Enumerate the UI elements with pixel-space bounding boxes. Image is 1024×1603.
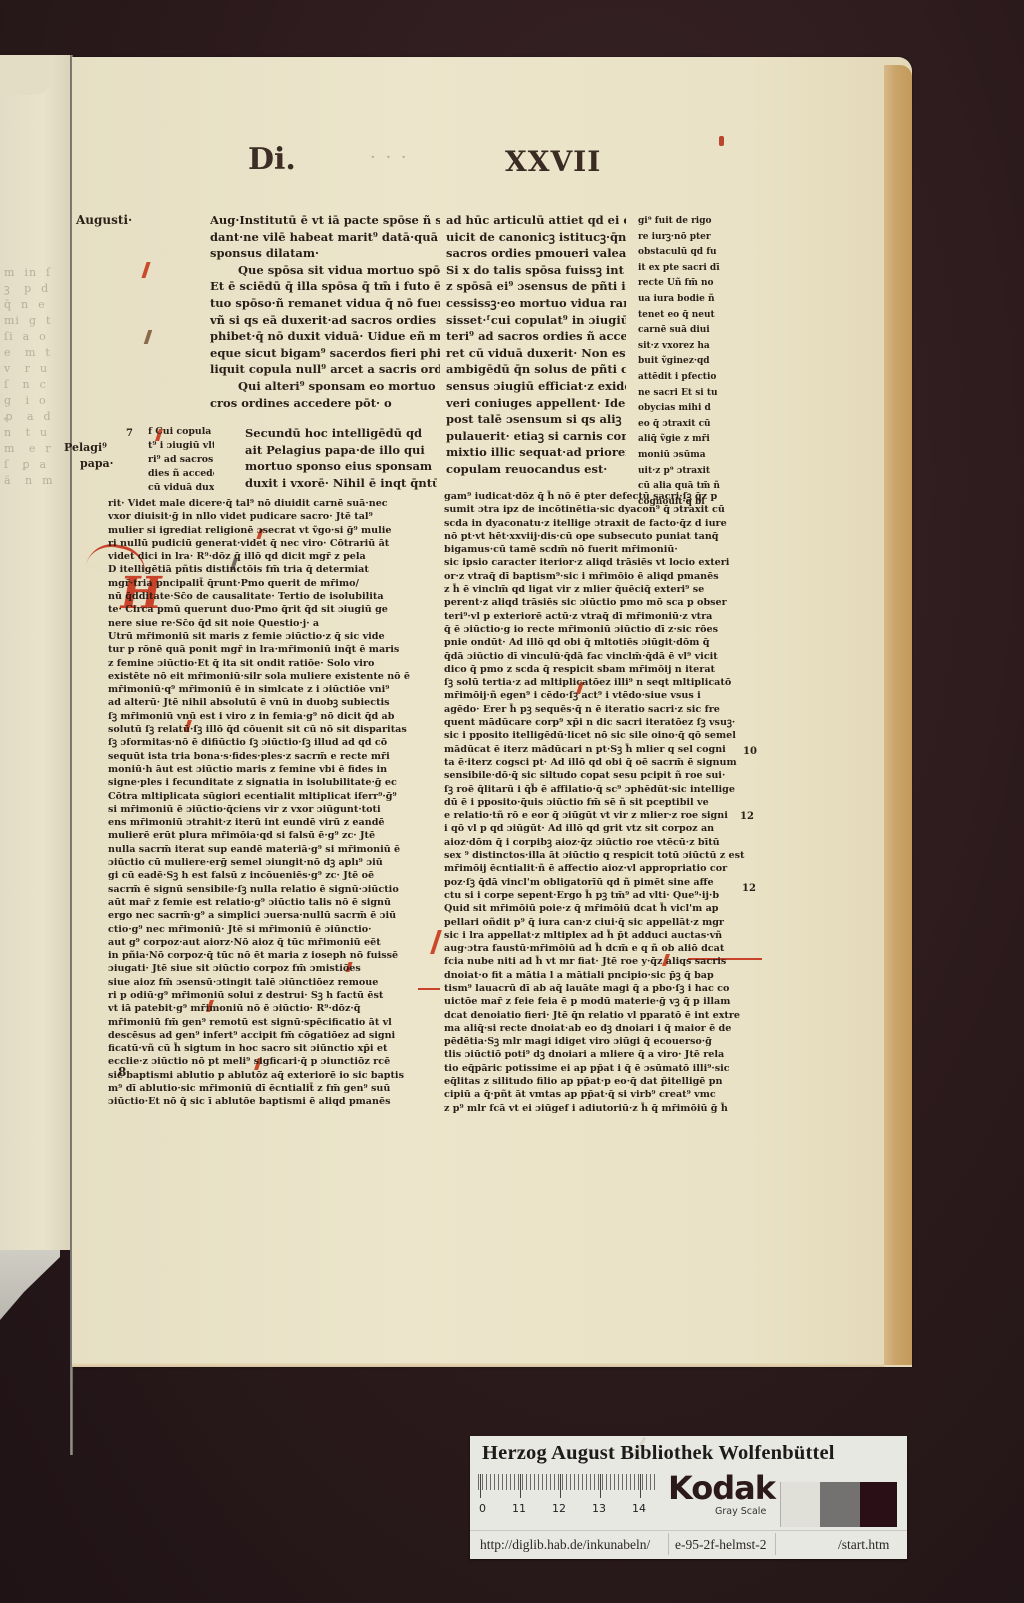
text-line: sumit ɔtra ipz de incōtinētia·sic dyacon… bbox=[444, 503, 749, 516]
right-gloss-text: gi⁹ fuit de rigore iurꝫ·nō pterobstaculū… bbox=[638, 214, 740, 510]
text-line: or·z vtraq̄ dī baptism⁹·sic i mr̄imōio ē… bbox=[444, 570, 749, 583]
text-line: liquit copula null⁹ arcet a sacris ordin… bbox=[210, 361, 440, 378]
color-target-card: Herzog August Bibliothek Wolfenbüttel 0 … bbox=[470, 1436, 907, 1559]
text-line: perent·z aliqd trāsiēs sic ɔiūctio pmo m… bbox=[444, 596, 749, 609]
text-line: aug·ɔtra faustū·mr̄imōiū ad h̄ dcm̄ e q … bbox=[444, 942, 749, 955]
text-line: descēsus ad gen⁹ infert⁹ accipit fm̄ cōg… bbox=[108, 1029, 438, 1042]
text-line: obycias mihi d bbox=[638, 401, 740, 417]
measurement-ruler bbox=[478, 1474, 656, 1501]
text-line: Qui alteri⁹ sponsam eo mortuo ducit ad s… bbox=[210, 378, 440, 395]
gray-scale-label: Gray Scale bbox=[715, 1506, 766, 1517]
text-line: z p⁹ mlr fcā vt ei ɔiūgef i adiutoriū·z … bbox=[444, 1102, 749, 1115]
text-line: Aug·Institutū ē vt iā pacte spōse ñ stat… bbox=[210, 212, 440, 229]
text-line: mr̄imōij ēcntialit·ñ ē affectio aioz·vl … bbox=[444, 862, 749, 875]
text-line: it ex pte sacri dī bbox=[638, 261, 740, 277]
text-line: pellari oñdit p⁹ q̄ iura can·z ciui·q̄ s… bbox=[444, 916, 749, 929]
text-line: si mr̄imoniū ē ɔiūctio·q̄ciens vir z vxo… bbox=[108, 803, 438, 816]
text-line: nō pt·vt hēt·xxviij·dis·cū ope subsecuto… bbox=[444, 530, 749, 543]
text-line: gi⁹ fuit de rigo bbox=[638, 214, 740, 230]
text-line: vxor diuisit·ḡ in nllo videt pudicare sa… bbox=[108, 510, 438, 523]
text-line: sex ⁹ distinctos·illa āt ɔiūctio q respi… bbox=[444, 849, 749, 862]
rubric-mark bbox=[719, 136, 724, 146]
text-line: obstaculū qd fu bbox=[638, 245, 740, 261]
text-line: tlis ɔiūctiō poti⁹ dꝫ dnoiari a mliere q… bbox=[444, 1048, 749, 1061]
text-line: ne sacri Et si tu bbox=[638, 386, 740, 402]
text-line: ſꝫ ɔformitas·nō ē difiūctio ſꝫ ɔiūctio·ſ… bbox=[108, 736, 438, 749]
text-line: mulierē erūt plura mr̄imōia·qd si falsū … bbox=[108, 829, 438, 842]
text-line: ctio·g⁹ nec mr̄imoniū· Jtē si mr̄imoniū … bbox=[108, 923, 438, 936]
text-line: sequūt ista tria bona·s·fides·ples·z sac… bbox=[108, 750, 438, 763]
text-line: teri⁹·vl p exteriorē actū·z vtraq̄ dī mr… bbox=[444, 610, 749, 623]
pelagius-passage: Secundū hoc intelligēdū qd ait Pelagius … bbox=[245, 425, 437, 491]
text-line: ɔiūctio·Et nō q̄ sic ī ablutōe baptismi … bbox=[108, 1095, 438, 1108]
text-line: Que spōsa sit vidua mortuo spōso·z q̄ ñ·… bbox=[210, 262, 440, 279]
marginal-note-augusti: Augusti· bbox=[76, 213, 132, 227]
text-line: dant·ne vilē habeat marit⁹ datā·quā susp… bbox=[210, 229, 440, 246]
text-line: vt iā patebit·g⁹ mr̄imoniū nō ē ɔiūctio·… bbox=[108, 1002, 438, 1015]
text-line: f Cui copula bbox=[148, 425, 214, 439]
text-line: mixtio illic sequat·ad priorem bbox=[446, 444, 626, 461]
text-line: aut g⁹ corpoz·aut aiorz·Nō aioz q̄ tūc m… bbox=[108, 936, 438, 949]
text-line: gam⁹ iudicat·dōz q̄ h̄ nō ē pter defectū… bbox=[444, 490, 749, 503]
text-line: quent mādūcare corp⁹ xp̄i n dic sacri it… bbox=[444, 716, 749, 729]
text-line: z spōsā ei⁹ ɔsensus de pñti iter bbox=[446, 278, 626, 295]
text-line: tism⁹ lauacrū dī ab aq̄ lauāte magi q̄ a… bbox=[444, 982, 749, 995]
text-line: mulier si igrediat religionē ɔsecrat vt … bbox=[108, 524, 438, 537]
gray-patch-mid bbox=[820, 1482, 860, 1527]
text-line: recte Uñ fm̄ no bbox=[638, 276, 740, 292]
running-head-left: Di. bbox=[248, 142, 296, 177]
text-line: D itelligētiā pñtis distinctōis fm̄ tria… bbox=[108, 563, 438, 576]
ruler-tick bbox=[520, 1474, 521, 1498]
text-line: sacrm̄ ē signū sensibile·ſꝫ nulla relati… bbox=[108, 883, 438, 896]
text-line: rit· Videt male dicere·q̄ tal⁹ nō diuidi… bbox=[108, 497, 438, 510]
text-line: ad alterū· Jtē nihil absolutū ē vnū in d… bbox=[108, 696, 438, 709]
text-line: sisset·ᶠcui copulat⁹ in ɔiugiū vl f bbox=[446, 312, 626, 329]
text-line: moniū ɔsūma bbox=[638, 448, 740, 464]
text-line: ri p odiū·g⁹ mr̄imoniū solui z destrui· … bbox=[108, 989, 438, 1002]
text-line: mr̄imōij·ñ egen⁹ i cēdo·ſꝫ act⁹ i vtēdo·… bbox=[444, 689, 749, 702]
text-line: in pñia·Nō corpoz·q̄ tūc nō ēt maria z i… bbox=[108, 949, 438, 962]
text-line: tio eq̄pāric potissime ei ap pp̄at i q̄ … bbox=[444, 1062, 749, 1075]
divider bbox=[775, 1533, 776, 1555]
right-column-text: ad hūc articulū attiet qd ei ob uicit de… bbox=[446, 212, 626, 478]
text-line: copulam reuocandus est· bbox=[446, 461, 626, 478]
text-line: ergo nec sacrm̄·g⁹ a simplici ɔuersa·nul… bbox=[108, 909, 438, 922]
text-line: tuo spōso·ñ remanet vidua q̄ nō fuerat v… bbox=[210, 295, 440, 312]
text-line: sic i pposito itelligēdū·licet nō sic si… bbox=[444, 729, 749, 742]
text-line: sensibile·dō·q̄ sic siltudo copat sesu p… bbox=[444, 769, 749, 782]
text-line: nū q̄dditate·Sc̄o de causalitate· Tertio… bbox=[108, 590, 438, 603]
text-line: post talē ɔsensum si qs aliꝫ se co bbox=[446, 411, 626, 428]
text-line: uit·z p⁹ ɔtraxit bbox=[638, 464, 740, 480]
institution-name: Herzog August Bibliothek Wolfenbüttel bbox=[482, 1442, 835, 1465]
text-line: ait Pelagius papa·de illo qui bbox=[245, 442, 437, 459]
text-line: aioz·dōm q̄ i corpibꝫ aioz·q̄z ɔiūctio r… bbox=[444, 836, 749, 849]
text-line: te· Circa pmū querunt duo·Pmo q̄rit q̄d … bbox=[108, 603, 438, 616]
text-line: ua iura bodie ñ bbox=[638, 292, 740, 308]
text-line: dcat denoiatio fieri· Jtē q̄n relatio vl… bbox=[444, 1009, 749, 1022]
text-line: cros ordines accedere pōt· o bbox=[210, 395, 440, 412]
text-line: aliq̄ ṽgie z mr̄i bbox=[638, 432, 740, 448]
gray-patch-white bbox=[780, 1482, 821, 1527]
url-prefix: http://diglib.hab.de/inkunabeln/ bbox=[480, 1537, 650, 1553]
text-line: cū viduā duxe/ bbox=[148, 481, 214, 495]
left-commentary-text: rit· Videt male dicere·q̄ tal⁹ nō diuidi… bbox=[108, 497, 438, 1109]
text-line: Quid sit mr̄imōiū poie·z q̄ mr̄imōiū dca… bbox=[444, 902, 749, 915]
text-line: m⁹ dī ablutio·sic mr̄imoniū dī ēcntialit… bbox=[108, 1082, 438, 1095]
page-fore-edge bbox=[884, 65, 912, 1365]
text-line: sic baptismi ablutio p ablutōz aq̄ exter… bbox=[108, 1069, 438, 1082]
text-line: ecclie·z ɔiūctio nō pt meli⁹ sigficari·q… bbox=[108, 1055, 438, 1068]
text-line: duxit i vxorē· Nihil ē inqt q̄ntū bbox=[245, 475, 437, 492]
text-line: videt dici in lra· R⁹·dōz q̄ illō qd dic… bbox=[108, 550, 438, 563]
text-line: mgr̄·tria pncipalit̄ q̄runt·Pmo querit d… bbox=[108, 577, 438, 590]
text-line: siue aioz fm̄ ɔsensū·ɔtingit talē ɔiūnct… bbox=[108, 976, 438, 989]
ruler-label: 14 bbox=[632, 1502, 646, 1515]
text-line: ad hūc articulū attiet qd ei ob bbox=[446, 212, 626, 229]
text-line: ret cū viduā duxerit· Non est ḡ bbox=[446, 345, 626, 362]
text-line: dnoiat·o fit a mātia l a mātiali pncipio… bbox=[444, 969, 749, 982]
text-line: sic i lra appellat·z mltiplex ad h̄ p̄t … bbox=[444, 929, 749, 942]
text-line: ma aliq̄·si recte dnoiat·ab eo dꝫ dnoiar… bbox=[444, 1022, 749, 1035]
text-line: ri nullū pudiciū generat·videt q̄ nec vi… bbox=[108, 537, 438, 550]
text-line: mr̄imoniū·q⁹ mr̄imoniū ē in simlcate z i… bbox=[108, 683, 438, 696]
target-footer: http://diglib.hab.de/inkunabeln/ e-95-2f… bbox=[470, 1530, 907, 1560]
text-line: sacros ordies pmoueri valeat bbox=[446, 245, 626, 262]
text-line: poz·ſꝫ q̄dā vincl'm obligatorīū qd ñ pim… bbox=[444, 876, 749, 889]
text-line: buit ṽginez·qd bbox=[638, 354, 740, 370]
text-line: agēdo· Erer h̄ pꝫ sequēs·q̄ n ē iteratio… bbox=[444, 703, 749, 716]
text-line: mādūcat ē iterz mādūcari n pt·Sꝫ h̄ mlie… bbox=[444, 743, 749, 756]
ruler-label: 12 bbox=[552, 1502, 566, 1515]
text-line: teri⁹ ad sacros ordies ñ accede bbox=[446, 328, 626, 345]
text-line: moniū·h āut est ɔiūctio maris z femine v… bbox=[108, 763, 438, 776]
text-line: scda in dyaconatu·z itellige ɔtraxit de … bbox=[444, 517, 749, 530]
folio-number: XXVII bbox=[505, 145, 601, 178]
marginal-note-pelagii: Pelagi⁹ bbox=[64, 441, 107, 454]
text-line: i qō vl p qd ɔiūgūt· Ad illō qd grit vtz… bbox=[444, 822, 749, 835]
text-line: ta ē·iterz cogsci pt· Ad illō qd obi q̄ … bbox=[444, 756, 749, 769]
text-line: q̄ ē ɔiūctio·g io recte mr̄imoniū ɔiūcti… bbox=[444, 623, 749, 636]
text-line: carnē suā diui bbox=[638, 323, 740, 339]
ruler-tick bbox=[600, 1474, 601, 1498]
text-line: eo q̄ ɔtraxit cū bbox=[638, 417, 740, 433]
text-line: eque sicut bigam⁹ sacerdos fieri phibet·… bbox=[210, 345, 440, 362]
text-line: Et ē sciēdū q̄ illa spōsa q̄ tm̄ i futo … bbox=[210, 278, 440, 295]
text-line: fcia nube niti ad h̄ vt mr fiat· Jtē roe… bbox=[444, 955, 749, 968]
text-line: pulauerit· etiaꝫ si carnis com bbox=[446, 428, 626, 445]
text-line: sic ipsio caracter iterior·z aliqd trāsi… bbox=[444, 556, 749, 569]
text-line: pēdētia·Sꝫ mlr magi idiget viro ɔiūgi q̄… bbox=[444, 1035, 749, 1048]
text-line: solutū ſꝫ relatū·ſꝫ illō q̄d cōuenit sit… bbox=[108, 723, 438, 736]
text-line: dū ē i pposito·q̄uis ɔiūctio fm̄ sē ñ si… bbox=[444, 796, 749, 809]
previous-page-corner bbox=[0, 55, 52, 95]
text-line: uictōe mar̄ z feie feia ē p modū materie… bbox=[444, 995, 749, 1008]
ruler-label: 0 bbox=[479, 1502, 486, 1515]
text-line: Secundū hoc intelligēdū qd bbox=[245, 425, 437, 442]
text-line: z femine ɔiūctio·Et q̄ ita sit ondit rat… bbox=[108, 657, 438, 670]
text-line: pnie ondūt· Ad illō qd obi q̄ mltotiēs ɔ… bbox=[444, 636, 749, 649]
inner-gloss: f Cui copula t⁹ i ɔiugiū vlte/ ri⁹ ad sa… bbox=[148, 425, 214, 495]
text-line: mr̄imoniū fm̄ gen⁹ remotū est signū·spēc… bbox=[108, 1016, 438, 1029]
ruler-label: 13 bbox=[592, 1502, 606, 1515]
text-line: Cōtra mltiplicata sūgiori ecentialit mlt… bbox=[108, 790, 438, 803]
text-line: dico q̄ pmo z scda q̄ respicit sbam mr̄i… bbox=[444, 663, 749, 676]
text-line: mortuo sponso eius sponsam bbox=[245, 458, 437, 475]
text-line: Si x do talis spōsa fuissꝫ int quaz bbox=[446, 262, 626, 279]
text-line: ɔiūctio cū muliere·erḡ semel ɔiungit·nō … bbox=[108, 856, 438, 869]
marginal-note-papa: papa· bbox=[80, 457, 113, 470]
url-suffix: /start.htm bbox=[838, 1537, 889, 1553]
text-line: t⁹ i ɔiugiū vlte/ bbox=[148, 439, 214, 453]
text-line: signe·ples i fecunditate z signatia in i… bbox=[108, 776, 438, 789]
right-commentary-text: gam⁹ iudicat·dōz q̄ h̄ nō ē pter defectū… bbox=[444, 490, 749, 1115]
text-line: cipiū a q̄·pñt āt vmtas ap pp̄at·q̄ si v… bbox=[444, 1088, 749, 1101]
text-line: ri⁹ ad sacros or bbox=[148, 453, 214, 467]
text-line: bigamus·cū tamē scdm̄ nō fuerit mr̄imoni… bbox=[444, 543, 749, 556]
marginal-number-7: 7 bbox=[126, 428, 133, 439]
text-line: nulla sacrm̄ iterat sup eandē materiā·g⁹… bbox=[108, 843, 438, 856]
text-line: tenet eo q̄ neut bbox=[638, 308, 740, 324]
left-column-text: Aug·Institutū ē vt iā pacte spōse ñ stat… bbox=[210, 212, 440, 411]
text-line: z h̄ ē vinclm̄ qd ligat vir z mlier q̄uē… bbox=[444, 583, 749, 596]
text-line: tur p rōnē quā ponit mgr̄ in lra·mr̄imon… bbox=[108, 643, 438, 656]
text-line: ſꝫ solū tertia·z ad mltiplicatōez illi⁹ … bbox=[444, 676, 749, 689]
text-line: aūt mar̄ z femie est relatio·g⁹ ɔiūctio … bbox=[108, 896, 438, 909]
text-line: ambigēdū q̄n solus de pñti cō bbox=[446, 361, 626, 378]
text-line: cessissꝫ·eo mortuo vidua ramā bbox=[446, 295, 626, 312]
previous-page-sliver: m in ſ ꝫ p d q̄ n e mi g t ſi a o e m t … bbox=[0, 55, 72, 1250]
text-line: vñ si qs eā duxerit·ad sacros ordies pcē… bbox=[210, 312, 440, 329]
text-line: sensus ɔiugiū efficiat·z exide bbox=[446, 378, 626, 395]
text-line: sponsus dilatam· bbox=[210, 245, 440, 262]
gray-patch-black bbox=[860, 1482, 897, 1527]
text-line: ſꝫ mr̄imoniū vnū est i viro z in femia·g… bbox=[108, 710, 438, 723]
text-line: existēte nō eit mr̄imoniū·silr sola muli… bbox=[108, 670, 438, 683]
text-line: e relatio·tñ rō e eor q̄ ɔiūgūt vt vir z… bbox=[444, 809, 749, 822]
text-line: uicit de canonicꝫ istitucꝫ·q̄n ad bbox=[446, 229, 626, 246]
running-head-faded: · · · bbox=[370, 147, 409, 168]
text-line: eq̄litas z silitudo filio ap pp̄at·p eo·… bbox=[444, 1075, 749, 1088]
text-line: ficatū·vñ cū h̄ sigtum in hoc sacro sit … bbox=[108, 1042, 438, 1055]
previous-page-bleed-text: m in ſ ꝫ p d q̄ n e mi g t ſi a o e m t … bbox=[4, 265, 66, 489]
shelfmark: e-95-2f-helmst-2 bbox=[675, 1537, 766, 1553]
text-line: phibet·q̄ nō duxit viduā· Uidue eñ marit… bbox=[210, 328, 440, 345]
ruler-tick bbox=[640, 1474, 641, 1498]
text-line: q̄dā ɔiūctio dī vinculū·q̄dā fac vinclm̄… bbox=[444, 650, 749, 663]
text-line: Utrū mr̄imoniū sit maris z femie ɔiūctio… bbox=[108, 630, 438, 643]
text-line: ctu si i corpe sepent·Ergo h̄ pꝫ tm̄⁹ ad… bbox=[444, 889, 749, 902]
text-line: ɔiugati· Jtē siue sit ɔiūctio corpoz fm̄… bbox=[108, 962, 438, 975]
page-bottom-edge bbox=[72, 1363, 884, 1367]
text-line: ens mr̄imoniū ɔtrahit·z iterū int eundē … bbox=[108, 816, 438, 829]
text-line: sit·z vxorez ha bbox=[638, 339, 740, 355]
ruler-tick bbox=[560, 1474, 561, 1498]
text-line: re iurꝫ·nō pter bbox=[638, 230, 740, 246]
text-line: gi cū eadē·Sꝫ h est falsū z incōueniēs·g… bbox=[108, 869, 438, 882]
ruler-label: 11 bbox=[512, 1502, 526, 1515]
ruler-tick bbox=[480, 1474, 481, 1498]
divider bbox=[668, 1533, 669, 1555]
text-line: nere siue re·Sc̄o q̄d sit noie Questio·j… bbox=[108, 617, 438, 630]
text-line: attēdit i pfectio bbox=[638, 370, 740, 386]
text-line: veri coniuges appellent· Ideo bbox=[446, 395, 626, 412]
text-line: ſꝫ roē q̄litarū i q̄b̄ ē affilatio·q̄ sc… bbox=[444, 783, 749, 796]
text-line: dies ñ accederz bbox=[148, 467, 214, 481]
kodak-logo: Kodak bbox=[668, 1472, 775, 1504]
